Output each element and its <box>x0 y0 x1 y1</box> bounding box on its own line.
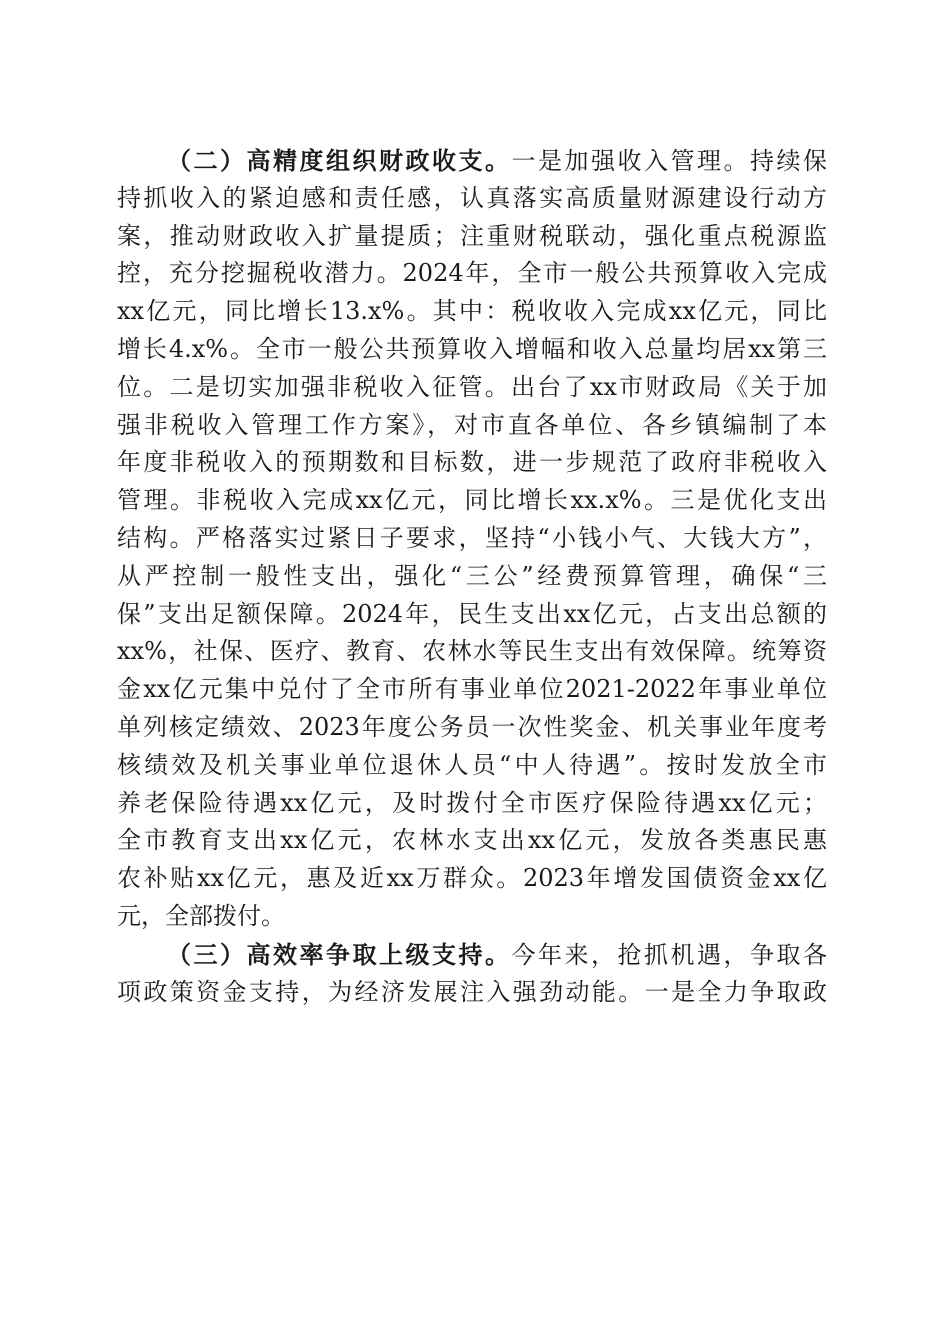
paragraph-1-line-21: 元，全部拨付。 <box>117 898 827 936</box>
paragraph-1-line-14: xx%，社保、医疗、教育、农林水等民生支出有效保障。统筹资 <box>117 633 827 671</box>
paragraph-1-line-6: 增长4.x%。全市一般公共预算收入增幅和收入总量均居xx第三 <box>117 331 827 369</box>
paragraph-1-line-10: 管理。非税收入完成xx亿元，同比增长xx.x%。三是优化支出 <box>117 482 827 520</box>
document-body: （二）高精度组织财政收支。一是加强收入管理。持续保 持抓收入的紧迫感和责任感，认… <box>117 142 827 1011</box>
paragraph-1-line-17: 核绩效及机关事业单位退休人员“中人待遇”。按时发放全市 <box>117 747 827 785</box>
paragraph-1-line-4: 控，充分挖掘税收潜力。2024年，全市一般公共预算收入完成 <box>117 255 827 293</box>
paragraph-1-line-16: 单列核定绩效、2023年度公务员一次性奖金、机关事业年度考 <box>117 709 827 747</box>
paragraph-1-line-20: 农补贴xx亿元，惠及近xx万群众。2023年增发国债资金xx亿 <box>117 860 827 898</box>
paragraph-1-line-13: 保”支出足额保障。2024年，民生支出xx亿元，占支出总额的 <box>117 596 827 634</box>
paragraph-1-line-19: 全市教育支出xx亿元，农林水支出xx亿元，发放各类惠民惠 <box>117 822 827 860</box>
paragraph-1-line-11: 结构。严格落实过紧日子要求，坚持“小钱小气、大钱大方”， <box>117 520 827 558</box>
paragraph-1-line-7: 位。二是切实加强非税收入征管。出台了xx市财政局《关于加 <box>117 369 827 407</box>
document-page: （二）高精度组织财政收支。一是加强收入管理。持续保 持抓收入的紧迫感和责任感，认… <box>0 0 950 1344</box>
paragraph-1-line-3: 案，推动财政收入扩量提质；注重财税联动，强化重点税源监 <box>117 218 827 256</box>
paragraph-1-line-12: 从严控制一般性支出，强化“三公”经费预算管理，确保“三 <box>117 558 827 596</box>
paragraph-1-line-5: xx亿元，同比增长13.x%。其中：税收收入完成xx亿元，同比 <box>117 293 827 331</box>
paragraph-1-line-2: 持抓收入的紧迫感和责任感，认真落实高质量财源建设行动方 <box>117 180 827 218</box>
paragraph-1-line-9: 年度非税收入的预期数和目标数，进一步规范了政府非税收入 <box>117 444 827 482</box>
section-heading-2: （二）高精度组织财政收支。 <box>167 146 512 175</box>
paragraph-1-line-8: 强非税收入管理工作方案》，对市直各单位、各乡镇编制了本 <box>117 407 827 445</box>
section-heading-3: （三）高效率争取上级支持。 <box>167 940 512 969</box>
paragraph-1-line-18: 养老保险待遇xx亿元，及时拨付全市医疗保险待遇xx亿元； <box>117 785 827 823</box>
paragraph-2-line-1: （三）高效率争取上级支持。今年来，抢抓机遇，争取各 <box>117 936 827 974</box>
paragraph-2-line-2: 项政策资金支持，为经济发展注入强劲动能。一是全力争取政 <box>117 974 827 1012</box>
paragraph-1-line-15: 金xx亿元集中兑付了全市所有事业单位2021-2022年事业单位 <box>117 671 827 709</box>
paragraph-1-line-1: （二）高精度组织财政收支。一是加强收入管理。持续保 <box>117 142 827 180</box>
